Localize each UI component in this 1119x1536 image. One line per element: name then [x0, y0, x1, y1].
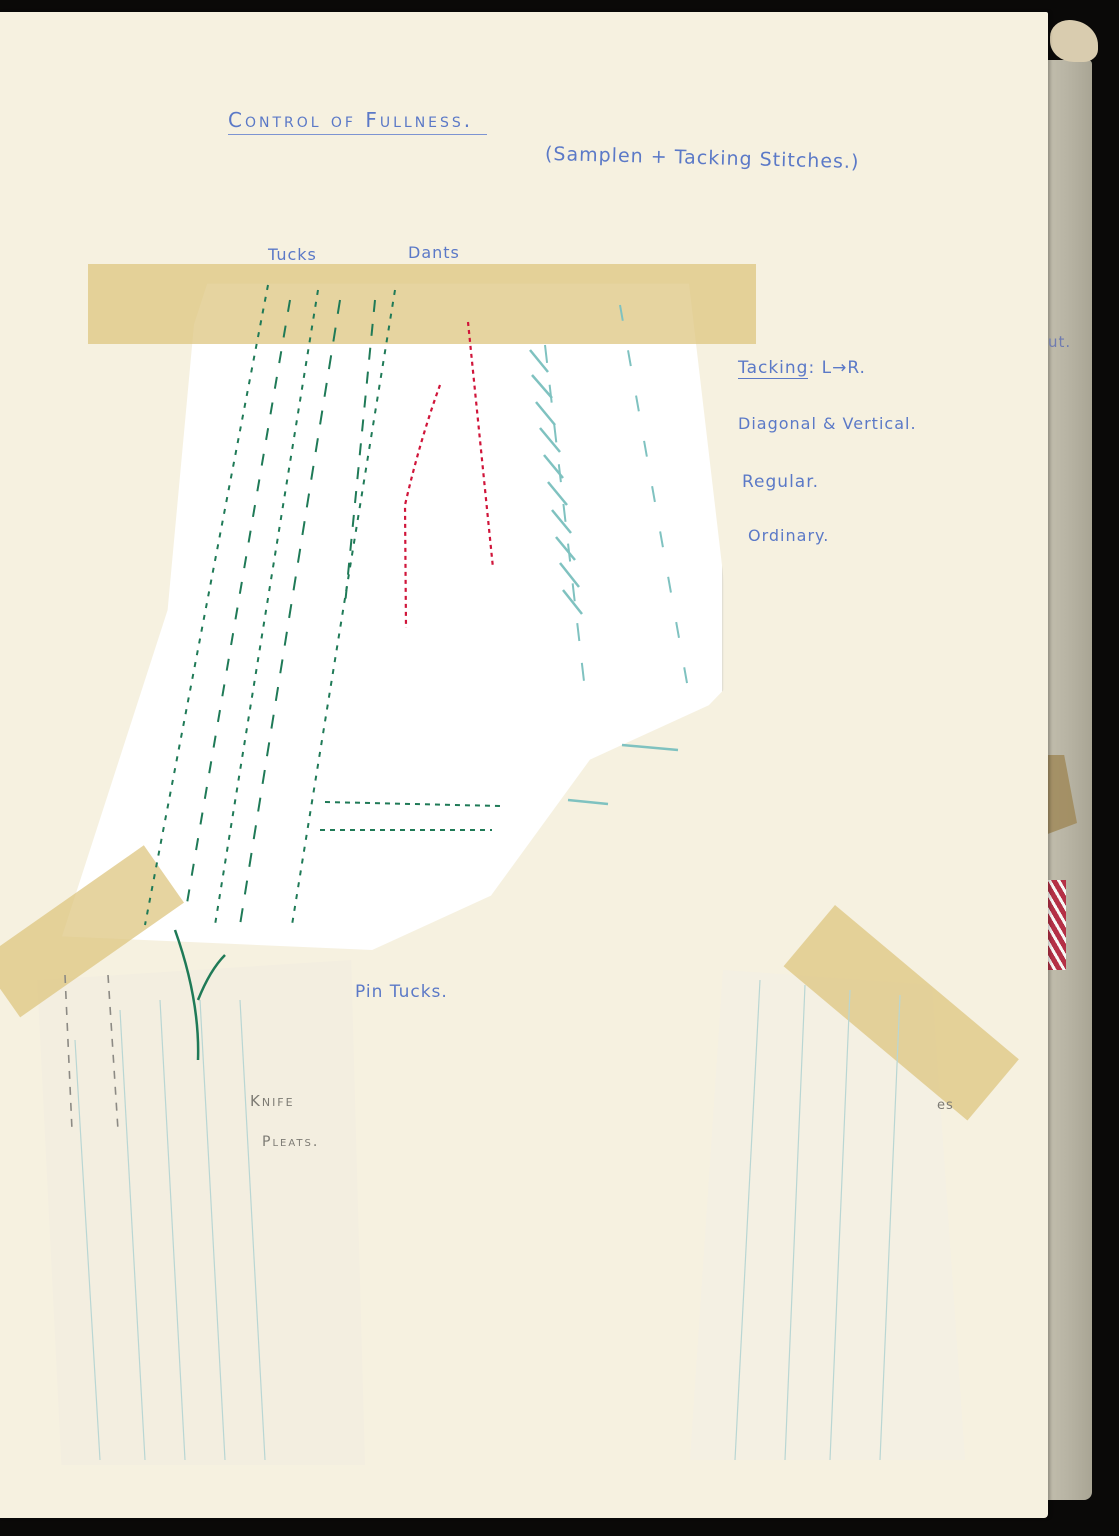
knife-pleats-label-2: Pleats.	[262, 1134, 319, 1150]
knife-pleats-label-1: Knife	[250, 1092, 295, 1110]
tacking-heading: Tacking	[738, 358, 808, 379]
note-ordinary: Ordinary.	[748, 526, 829, 545]
back-page-partial-text: ut.	[1048, 333, 1071, 351]
pin-tucks-label: Pin Tucks.	[355, 982, 448, 1002]
note-diagonal-vertical: Diagonal & Vertical.	[738, 414, 917, 433]
tacking-direction: : L→R.	[808, 358, 865, 378]
tacking-note: Tacking: L→R.	[738, 358, 866, 378]
partial-pencil-label: es	[937, 1098, 954, 1113]
darts-label: Dants	[408, 243, 460, 262]
tucks-label: Tucks	[268, 245, 317, 264]
stitch-lines	[0, 0, 1119, 1536]
page-title: Control of Fullness.	[228, 108, 487, 135]
note-regular: Regular.	[742, 472, 819, 492]
